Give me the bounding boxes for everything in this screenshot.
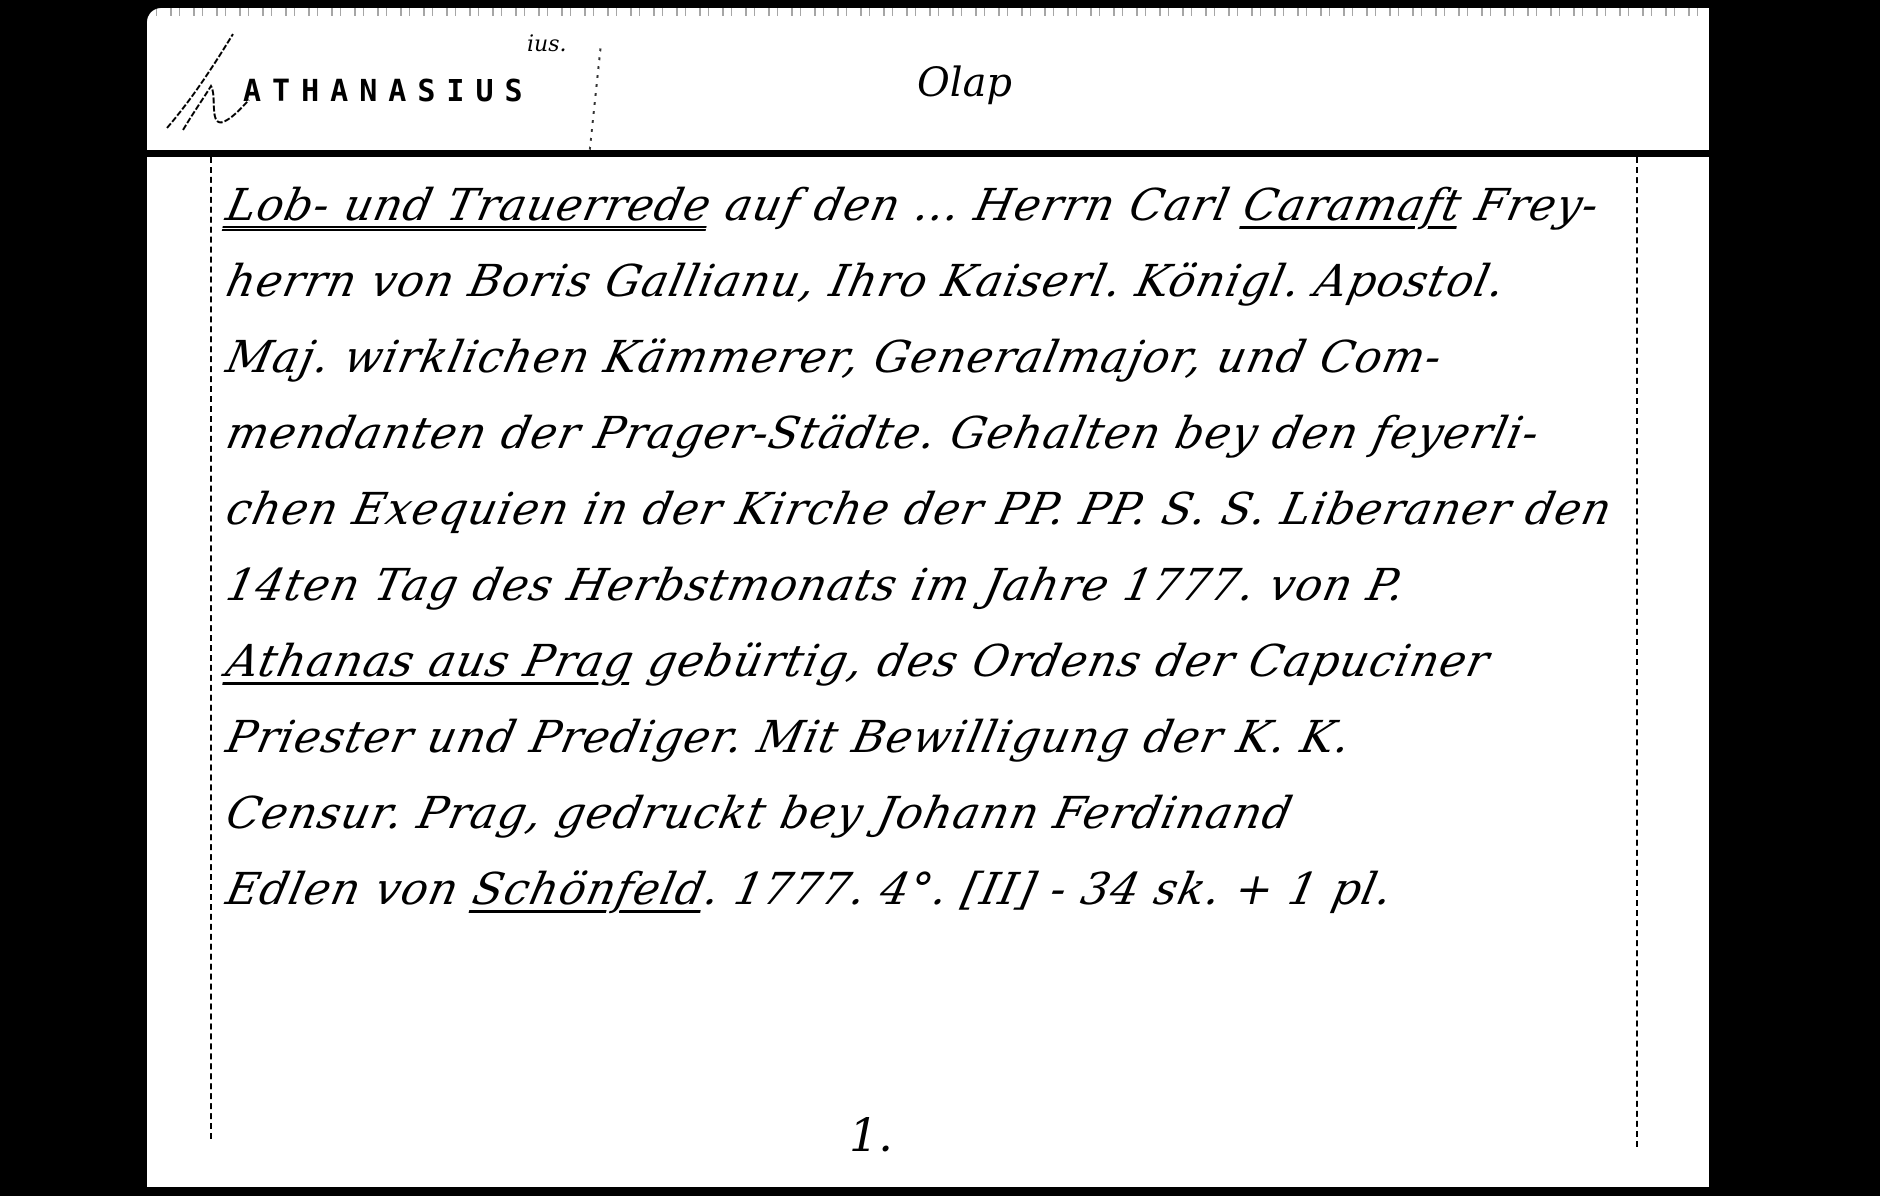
author-underlined: Athanas aus Prag [222,636,639,687]
printer-underlined: Schönfeld [468,864,710,915]
entry-text: 14ten Tag des Herbstmonats im Jahre 1777… [222,560,1410,611]
entry-text: Priester und Prediger. Mit Bewilligung d… [222,712,1356,763]
entry-line: Maj. wirklichen Kämmerer, Generalmajor, … [219,320,1645,396]
entry-line: Censur. Prag, gedruckt bey Johann Ferdin… [219,776,1645,852]
entry-line: Priester und Prediger. Mit Bewilligung d… [219,700,1645,776]
printed-author-name: ATHANASIUS [243,74,534,109]
entry-text: chen Exequien in der Kirche der PP. PP. … [222,484,1617,535]
entry-text: gebürtig, des Ordens der Capuciner [628,636,1494,687]
entry-text: herrn von Boris Gallianu, Ihro Kaiserl. … [222,256,1510,307]
header-divider [147,150,1709,157]
entry-text: auf den ... Herrn Carl [706,180,1250,231]
card-header: ATHANASIUS ius. Olap [147,8,1709,150]
entry-line: mendanten der Prager-Städte. Gehalten be… [219,396,1645,472]
entry-line: Edlen von Schönfeld. 1777. 4°. [II] - 34… [219,852,1645,928]
entry-text: Edlen von [222,864,479,915]
handwritten-annotation-olap: Olap [917,60,1012,106]
entry-line: chen Exequien in der Kirche der PP. PP. … [219,472,1645,548]
handwritten-entry: Lob- und Trauerrede auf den ... Herrn Ca… [219,168,1629,928]
handwritten-annotation-above: ius. [527,32,567,57]
imprint-collation: . 1777. 4°. [II] - 34 sk. + 1 pl. [700,864,1398,915]
entry-text: mendanten der Prager-Städte. Gehalten be… [222,408,1545,459]
entry-text: Frey- [1456,180,1604,231]
entry-line: herrn von Boris Gallianu, Ihro Kaiserl. … [219,244,1645,320]
handwritten-initial-flourish [161,30,251,140]
entry-text: Maj. wirklichen Kämmerer, Generalmajor, … [222,332,1447,383]
entry-title-underlined: Lob- und Trauerrede [222,180,717,231]
card-page-number: 1. [849,1108,893,1162]
left-margin-line [210,157,212,1139]
entry-text: Censur. Prag, gedruckt bey Johann Ferdin… [222,788,1298,839]
catalog-card: ATHANASIUS ius. Olap Lob- und Trauerrede… [147,8,1709,1187]
entry-line: 14ten Tag des Herbstmonats im Jahre 1777… [219,548,1645,624]
scan-mark [589,48,602,153]
entry-line: Athanas aus Prag gebürtig, des Ordens de… [219,624,1645,700]
entry-line: Lob- und Trauerrede auf den ... Herrn Ca… [219,168,1645,244]
subject-name-underlined: Caramaft [1239,180,1467,231]
